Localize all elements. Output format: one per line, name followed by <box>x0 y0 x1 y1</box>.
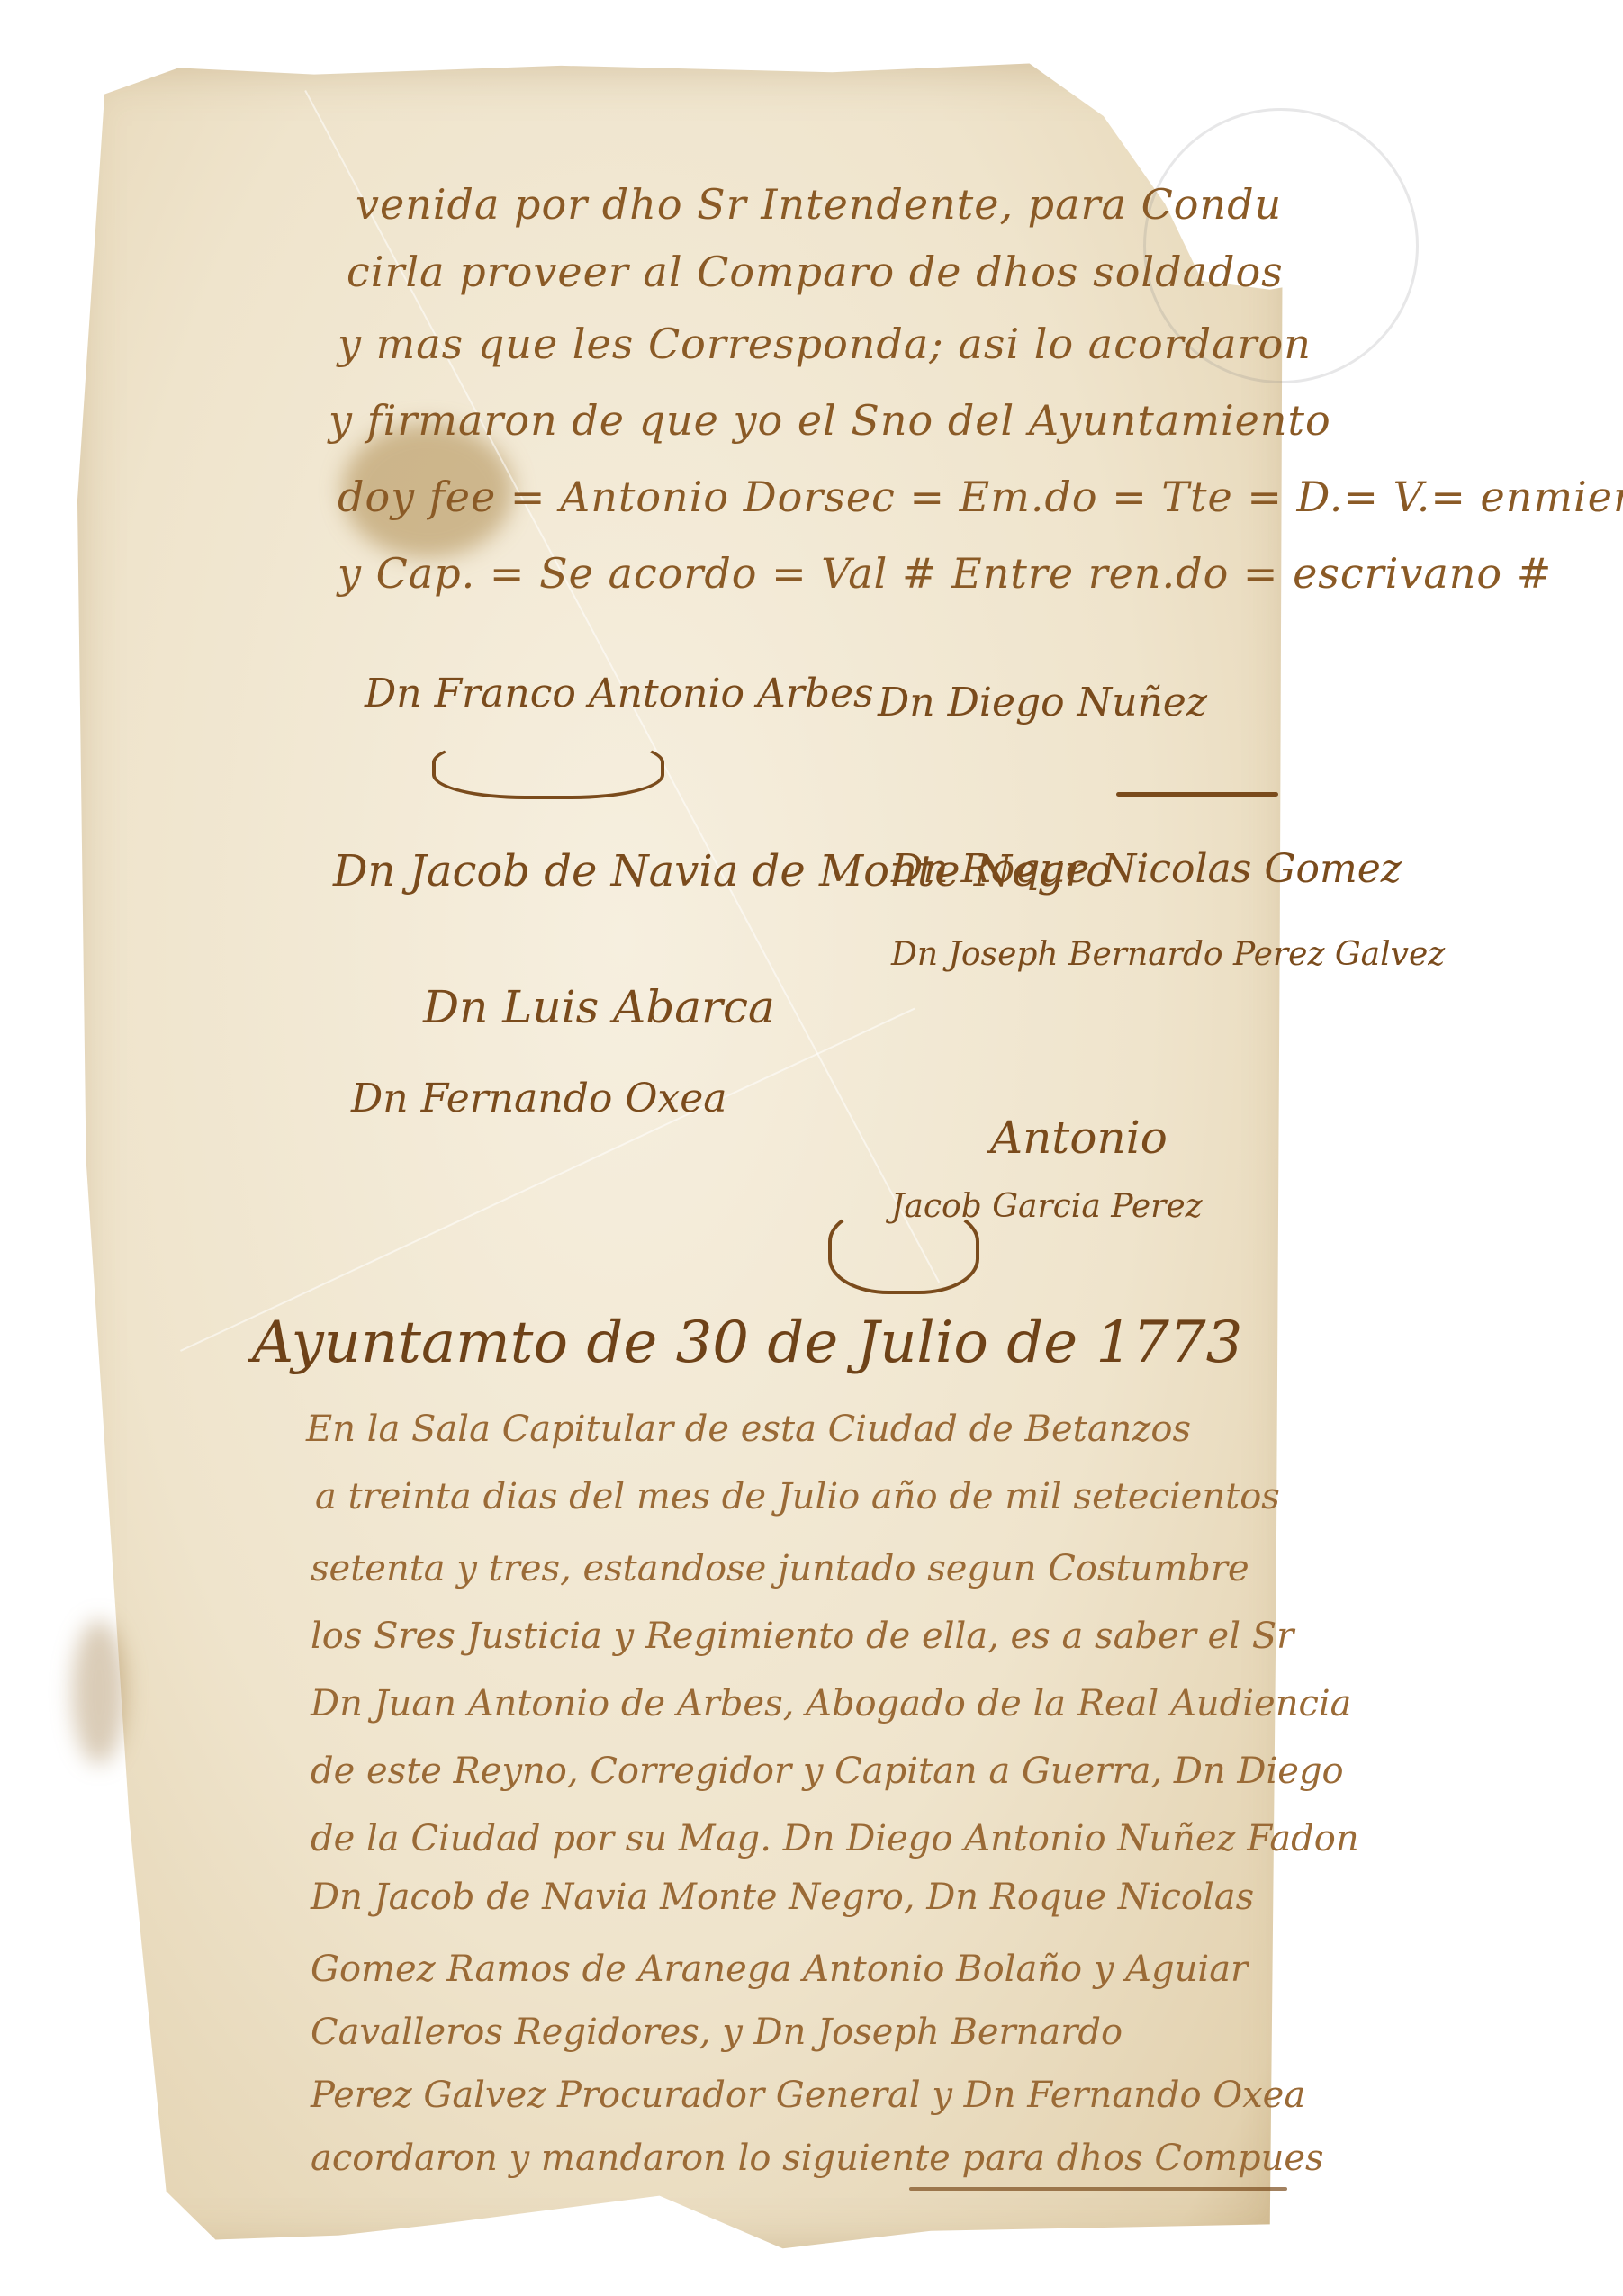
text-line: Perez Galvez Procurador General y Dn Fer… <box>311 2075 1305 2116</box>
text-line: En la Sala Capitular de esta Ciudad de B… <box>306 1409 1191 1450</box>
text-line: setenta y tres, estandose juntado segun … <box>311 1548 1249 1589</box>
text-line: y mas que les Corresponda; asi lo acorda… <box>338 320 1312 368</box>
text-line: de la Ciudad por su Mag. Dn Diego Antoni… <box>311 1818 1359 1859</box>
text-line: acordaron y mandaron lo siguiente para d… <box>311 2138 1324 2179</box>
edge-stain <box>72 1620 126 1764</box>
signature-rule <box>1116 792 1278 797</box>
signature: Antonio <box>990 1112 1168 1164</box>
signature: Dn Joseph Bernardo Perez Galvez <box>891 936 1445 973</box>
text-line: doy fee = Antonio Dorsec = Em.do = Tte =… <box>338 473 1623 521</box>
text-line: los Sres Justicia y Regimiento de ella, … <box>311 1616 1294 1657</box>
signature: Dn Diego Nuñez <box>878 680 1207 725</box>
act-heading: Ayuntamto de 30 de Julio de 1773 <box>252 1310 1242 1376</box>
signature: Dn Fernando Oxea <box>351 1076 727 1121</box>
text-line: y Cap. = Se acordo = Val # Entre ren.do … <box>338 549 1552 598</box>
text-line: de este Reyno, Corregidor y Capitan a Gu… <box>311 1751 1344 1792</box>
text-line: a treinta dias del mes de Julio año de m… <box>315 1476 1280 1517</box>
text-line: Gomez Ramos de Aranega Antonio Bolaño y … <box>311 1949 1248 1990</box>
signature: Dn Franco Antonio Arbes <box>365 671 874 716</box>
text-line: venida por dho Sr Intendente, para Condu <box>356 180 1282 229</box>
signature-flourish <box>828 1206 979 1294</box>
text-line: Dn Jacob de Navia Monte Negro, Dn Roque … <box>311 1877 1254 1918</box>
signature: Dn Roque Nicolas Gomez <box>891 846 1402 892</box>
signature: Dn Luis Abarca <box>423 981 775 1033</box>
closing-rule <box>909 2187 1287 2191</box>
text-line: y firmaron de que yo el Sno del Ayuntami… <box>329 396 1331 445</box>
signature-flourish <box>432 738 664 799</box>
text-line: Dn Juan Antonio de Arbes, Abogado de la … <box>311 1683 1352 1724</box>
text-line: Cavalleros Regidores, y Dn Joseph Bernar… <box>311 2012 1123 2053</box>
text-line: cirla proveer al Comparo de dhos soldado… <box>347 248 1284 296</box>
